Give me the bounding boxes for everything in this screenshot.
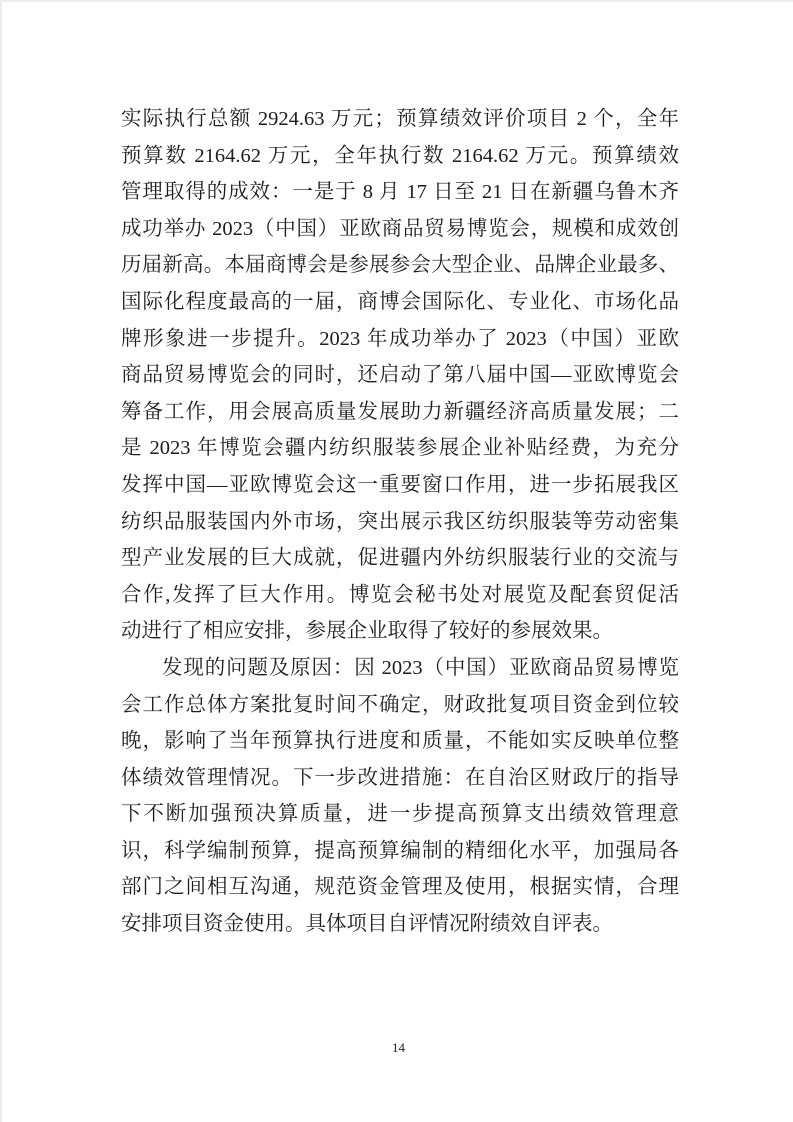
text-line: 纺织品服装国内外市场，突出展示我区纺织服装等劳动密集 [121,504,679,541]
text-line: 动进行了相应安排，参展企业取得了较好的参展效果。 [121,613,679,650]
text-line: 实际执行总额 2924.63 万元；预算绩效评价项目 2 个，全年 [121,101,679,138]
text-line: 安排项目资金使用。具体项目自评情况附绩效自评表。 [121,906,679,943]
text-line: 体绩效管理情况。下一步改进措施：在自治区财政厅的指导 [121,760,679,797]
text-line: 部门之间相互沟通，规范资金管理及使用，根据实情，合理 [121,869,679,906]
text-line: 发现的问题及原因：因 2023（中国）亚欧商品贸易博览 [121,650,679,687]
text-line: 是 2023 年博览会疆内纺织服装参展企业补贴经费，为充分 [121,430,679,467]
text-line: 会工作总体方案批复时间不确定，财政批复项目资金到位较 [121,687,679,724]
text-line: 牌形象进一步提升。2023 年成功举办了 2023（中国）亚欧 [121,321,679,358]
text-line: 商品贸易博览会的同时，还启动了第八届中国—亚欧博览会 [121,357,679,394]
text-line: 下不断加强预决算质量，进一步提高预算支出绩效管理意 [121,796,679,833]
text-line: 预算数 2164.62 万元，全年执行数 2164.62 万元。预算绩效 [121,138,679,175]
text-line: 型产业发展的巨大成就，促进疆内外纺织服装行业的交流与 [121,540,679,577]
text-line: 管理取得的成效：一是于 8 月 17 日至 21 日在新疆乌鲁木齐 [121,174,679,211]
text-line: 历届新高。本届商博会是参展参会大型企业、品牌企业最多、 [121,247,679,284]
text-line: 合作,发挥了巨大作用。博览会秘书处对展览及配套贸促活 [121,577,679,614]
paragraph: 实际执行总额 2924.63 万元；预算绩效评价项目 2 个，全年预算数 216… [121,101,679,650]
page-number: 14 [2,1040,793,1056]
text-line: 晚，影响了当年预算执行进度和质量，不能如实反映单位整 [121,723,679,760]
text-line: 国际化程度最高的一届，商博会国际化、专业化、市场化品 [121,284,679,321]
text-line: 发挥中国—亚欧博览会这一重要窗口作用，进一步拓展我区 [121,467,679,504]
document-page: 实际执行总额 2924.63 万元；预算绩效评价项目 2 个，全年预算数 216… [0,0,793,1122]
text-line: 筹备工作，用会展高质量发展助力新疆经济高质量发展；二 [121,394,679,431]
document-body: 实际执行总额 2924.63 万元；预算绩效评价项目 2 个，全年预算数 216… [121,101,679,943]
paragraph: 发现的问题及原因：因 2023（中国）亚欧商品贸易博览会工作总体方案批复时间不确… [121,650,679,943]
text-line: 成功举办 2023（中国）亚欧商品贸易博览会，规模和成效创 [121,211,679,248]
text-line: 识，科学编制预算，提高预算编制的精细化水平，加强局各 [121,833,679,870]
